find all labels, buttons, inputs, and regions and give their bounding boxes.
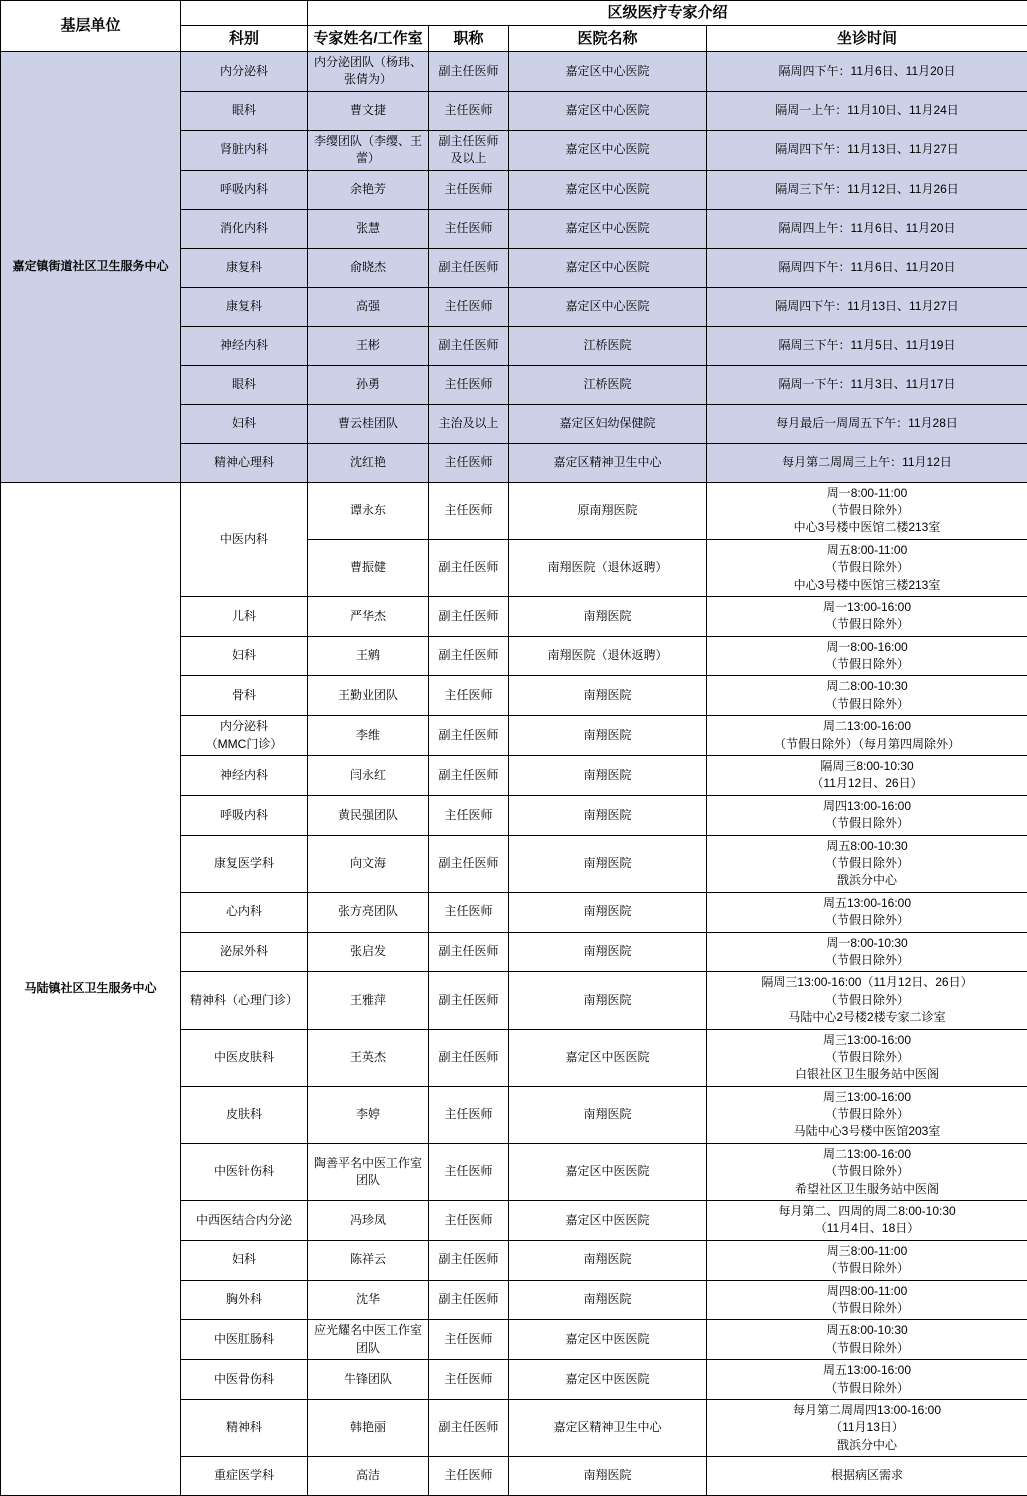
cell-expert-name: 向文海 [308, 835, 429, 892]
cell-expert-name: 张慧 [308, 209, 429, 248]
col-header-base-unit: 基层单位 [1, 1, 181, 52]
cell-hospital-name: 江桥医院 [509, 365, 707, 404]
cell-expert-name: 余艳芳 [308, 170, 429, 209]
cell-job-title: 副主任医师 [429, 716, 509, 756]
cell-job-title: 主任医师 [429, 209, 509, 248]
cell-dept: 精神心理科 [181, 443, 308, 482]
cell-expert-name: 高强 [308, 287, 429, 326]
table-row: 嘉定镇街道社区卫生服务中心内分泌科内分泌团队（杨玮、张倩为）副主任医师嘉定区中心… [1, 52, 1027, 92]
cell-dept: 胸外科 [181, 1280, 308, 1320]
cell-hospital-name: 嘉定区中医医院 [509, 1029, 707, 1086]
cell-job-title: 副主任医师 及以上 [429, 130, 509, 170]
expert-schedule-table: 基层单位 区级医疗专家介绍 科别 专家姓名/工作室 职称 医院名称 坐诊时间 嘉… [0, 0, 1027, 1496]
cell-expert-name: 陶善平名中医工作室团队 [308, 1143, 429, 1200]
cell-hospital-name: 嘉定区中医医院 [509, 1201, 707, 1241]
cell-dept: 康复医学科 [181, 835, 308, 892]
cell-job-title: 副主任医师 [429, 248, 509, 287]
cell-expert-name: 韩艳丽 [308, 1399, 429, 1456]
cell-hospital-name: 嘉定区精神卫生中心 [509, 1399, 707, 1456]
cell-visit-time: 每月第二周周三上午：11月12日 [707, 443, 1027, 482]
cell-dept: 心内科 [181, 892, 308, 932]
cell-expert-name: 严华杰 [308, 596, 429, 636]
cell-hospital-name: 南翔医院 [509, 1086, 707, 1143]
cell-hospital-name: 南翔医院（退休返聘） [509, 636, 707, 676]
cell-expert-name: 闫永红 [308, 756, 429, 796]
cell-hospital-name: 南翔医院 [509, 716, 707, 756]
cell-expert-name: 王英杰 [308, 1029, 429, 1086]
cell-dept: 骨科 [181, 676, 308, 716]
cell-hospital-name: 嘉定区中心医院 [509, 52, 707, 92]
col-header-expert-name: 专家姓名/工作室 [308, 26, 429, 52]
table-row: 马陆镇社区卫生服务中心中医内科谭永东主任医师原南翔医院周一8:00-11:00 … [1, 482, 1027, 539]
cell-job-title: 主治及以上 [429, 404, 509, 443]
cell-job-title: 副主任医师 [429, 52, 509, 92]
cell-job-title: 主任医师 [429, 1086, 509, 1143]
cell-dept: 中西医结合内分泌 [181, 1201, 308, 1241]
cell-visit-time: 周五8:00-10:30 （节假日除外） 戬浜分中心 [707, 835, 1027, 892]
cell-visit-time: 周三13:00-16:00 （节假日除外） 马陆中心3号楼中医馆203室 [707, 1086, 1027, 1143]
cell-hospital-name: 嘉定区中心医院 [509, 91, 707, 130]
cell-hospital-name: 南翔医院 [509, 835, 707, 892]
cell-hospital-name: 嘉定区中心医院 [509, 170, 707, 209]
cell-expert-name: 高洁 [308, 1457, 429, 1496]
cell-job-title: 副主任医师 [429, 835, 509, 892]
cell-expert-name: 张启发 [308, 932, 429, 972]
cell-job-title: 主任医师 [429, 892, 509, 932]
cell-dept: 儿科 [181, 596, 308, 636]
cell-visit-time: 周一8:00-10:30 （节假日除外） [707, 932, 1027, 972]
cell-visit-time: 隔周三下午：11月5日、11月19日 [707, 326, 1027, 365]
base-unit-cell: 嘉定镇街道社区卫生服务中心 [1, 52, 181, 483]
cell-visit-time: 每月最后一周周五下午：11月28日 [707, 404, 1027, 443]
cell-hospital-name: 嘉定区妇幼保健院 [509, 404, 707, 443]
cell-dept: 眼科 [181, 365, 308, 404]
cell-job-title: 主任医师 [429, 365, 509, 404]
cell-expert-name: 李维 [308, 716, 429, 756]
cell-job-title: 主任医师 [429, 1360, 509, 1400]
cell-dept: 中医针伤科 [181, 1143, 308, 1200]
cell-hospital-name: 南翔医院 [509, 892, 707, 932]
cell-hospital-name: 南翔医院 [509, 676, 707, 716]
cell-visit-time: 隔周四下午：11月6日、11月20日 [707, 248, 1027, 287]
cell-dept: 中医皮肤科 [181, 1029, 308, 1086]
cell-job-title: 主任医师 [429, 795, 509, 835]
cell-hospital-name: 南翔医院 [509, 756, 707, 796]
cell-job-title: 副主任医师 [429, 539, 509, 596]
cell-dept: 神经内科 [181, 326, 308, 365]
cell-hospital-name: 南翔医院 [509, 1240, 707, 1280]
cell-job-title: 主任医师 [429, 91, 509, 130]
cell-job-title: 主任医师 [429, 1320, 509, 1360]
cell-visit-time: 周二8:00-10:30 （节假日除外） [707, 676, 1027, 716]
cell-expert-name: 曹文捷 [308, 91, 429, 130]
col-header-dept: 科别 [181, 26, 308, 52]
cell-dept: 消化内科 [181, 209, 308, 248]
cell-dept: 中医骨伤科 [181, 1360, 308, 1400]
cell-job-title: 主任医师 [429, 287, 509, 326]
cell-visit-time: 周三13:00-16:00 （节假日除外） 白银社区卫生服务站中医阁 [707, 1029, 1027, 1086]
cell-job-title: 副主任医师 [429, 636, 509, 676]
cell-visit-time: 隔周三13:00-16:00（11月12日、26日） （节假日除外） 马陆中心2… [707, 972, 1027, 1029]
cell-hospital-name: 南翔医院 [509, 596, 707, 636]
cell-expert-name: 曹云桂团队 [308, 404, 429, 443]
cell-dept: 神经内科 [181, 756, 308, 796]
cell-visit-time: 周一8:00-16:00 （节假日除外） [707, 636, 1027, 676]
cell-visit-time: 周三8:00-11:00 （节假日除外） [707, 1240, 1027, 1280]
cell-visit-time: 隔周一上午：11月10日、11月24日 [707, 91, 1027, 130]
cell-job-title: 副主任医师 [429, 326, 509, 365]
cell-hospital-name: 嘉定区中医医院 [509, 1320, 707, 1360]
cell-expert-name: 张方亮团队 [308, 892, 429, 932]
cell-visit-time: 周四13:00-16:00 （节假日除外） [707, 795, 1027, 835]
cell-hospital-name: 嘉定区中医医院 [509, 1360, 707, 1400]
cell-visit-time: 周一13:00-16:00 （节假日除外） [707, 596, 1027, 636]
col-header-time: 坐诊时间 [707, 26, 1027, 52]
cell-expert-name: 王雅萍 [308, 972, 429, 1029]
cell-visit-time: 隔周三8:00-10:30 （11月12日、26日） [707, 756, 1027, 796]
cell-hospital-name: 原南翔医院 [509, 482, 707, 539]
cell-job-title: 副主任医师 [429, 932, 509, 972]
cell-visit-time: 隔周四下午：11月13日、11月27日 [707, 287, 1027, 326]
cell-expert-name: 王鹓 [308, 636, 429, 676]
header-spacer-cell [181, 1, 308, 26]
cell-job-title: 主任医师 [429, 676, 509, 716]
cell-job-title: 副主任医师 [429, 1240, 509, 1280]
cell-hospital-name: 南翔医院 [509, 1280, 707, 1320]
cell-expert-name: 沈红艳 [308, 443, 429, 482]
cell-dept: 内分泌科 （MMC门诊） [181, 716, 308, 756]
cell-dept: 眼科 [181, 91, 308, 130]
cell-job-title: 主任医师 [429, 1143, 509, 1200]
cell-visit-time: 每月第二周周四13:00-16:00 （11月13日） 戬浜分中心 [707, 1399, 1027, 1456]
cell-job-title: 主任医师 [429, 1457, 509, 1496]
cell-dept: 内分泌科 [181, 52, 308, 92]
cell-job-title: 副主任医师 [429, 1399, 509, 1456]
cell-expert-name: 黄民强团队 [308, 795, 429, 835]
table-header: 基层单位 区级医疗专家介绍 科别 专家姓名/工作室 职称 医院名称 坐诊时间 [1, 1, 1027, 52]
cell-dept: 精神科 [181, 1399, 308, 1456]
cell-expert-name: 牛锋团队 [308, 1360, 429, 1400]
cell-expert-name: 曹振健 [308, 539, 429, 596]
cell-dept: 中医肛肠科 [181, 1320, 308, 1360]
cell-job-title: 主任医师 [429, 443, 509, 482]
cell-job-title: 主任医师 [429, 170, 509, 209]
cell-dept: 康复科 [181, 287, 308, 326]
cell-expert-name: 俞晓杰 [308, 248, 429, 287]
cell-visit-time: 每月第二、四周的周二8:00-10:30 （11月4日、18日） [707, 1201, 1027, 1241]
cell-expert-name: 陈祥云 [308, 1240, 429, 1280]
cell-job-title: 副主任医师 [429, 1029, 509, 1086]
cell-expert-name: 内分泌团队（杨玮、张倩为） [308, 52, 429, 92]
cell-dept: 精神科（心理门诊） [181, 972, 308, 1029]
cell-visit-time: 周四8:00-11:00 （节假日除外） [707, 1280, 1027, 1320]
header-row-top: 基层单位 区级医疗专家介绍 [1, 1, 1027, 26]
cell-dept: 呼吸内科 [181, 170, 308, 209]
cell-expert-name: 谭永东 [308, 482, 429, 539]
cell-expert-name: 李婷 [308, 1086, 429, 1143]
cell-hospital-name: 嘉定区中心医院 [509, 130, 707, 170]
cell-hospital-name: 南翔医院 [509, 932, 707, 972]
cell-hospital-name: 南翔医院 [509, 972, 707, 1029]
cell-expert-name: 王彬 [308, 326, 429, 365]
cell-dept: 肾脏内科 [181, 130, 308, 170]
cell-dept: 妇科 [181, 636, 308, 676]
cell-dept: 康复科 [181, 248, 308, 287]
cell-hospital-name: 南翔医院 [509, 795, 707, 835]
cell-visit-time: 周五8:00-11:00 （节假日除外） 中心3号楼中医馆三楼213室 [707, 539, 1027, 596]
cell-visit-time: 隔周一下午：11月3日、11月17日 [707, 365, 1027, 404]
cell-hospital-name: 嘉定区精神卫生中心 [509, 443, 707, 482]
col-header-hospital: 医院名称 [509, 26, 707, 52]
table-group-title: 区级医疗专家介绍 [308, 1, 1027, 26]
cell-dept: 皮肤科 [181, 1086, 308, 1143]
cell-visit-time: 隔周四下午：11月6日、11月20日 [707, 52, 1027, 92]
cell-job-title: 主任医师 [429, 1201, 509, 1241]
cell-visit-time: 周五13:00-16:00 （节假日除外） [707, 892, 1027, 932]
cell-expert-name: 沈华 [308, 1280, 429, 1320]
cell-hospital-name: 嘉定区中心医院 [509, 248, 707, 287]
cell-dept: 重症医学科 [181, 1457, 308, 1496]
cell-expert-name: 李缨团队（李缨、王蕾） [308, 130, 429, 170]
cell-hospital-name: 嘉定区中心医院 [509, 287, 707, 326]
base-unit-cell: 马陆镇社区卫生服务中心 [1, 482, 181, 1496]
col-header-title: 职称 [429, 26, 509, 52]
cell-expert-name: 孙勇 [308, 365, 429, 404]
cell-hospital-name: 嘉定区中医医院 [509, 1143, 707, 1200]
cell-hospital-name: 南翔医院 [509, 1457, 707, 1496]
cell-expert-name: 王勤业团队 [308, 676, 429, 716]
cell-job-title: 副主任医师 [429, 756, 509, 796]
cell-expert-name: 应光耀名中医工作室团队 [308, 1320, 429, 1360]
cell-visit-time: 周一8:00-11:00 （节假日除外） 中心3号楼中医馆二楼213室 [707, 482, 1027, 539]
cell-dept: 呼吸内科 [181, 795, 308, 835]
cell-job-title: 主任医师 [429, 482, 509, 539]
cell-visit-time: 周二13:00-16:00 （节假日除外） 希望社区卫生服务站中医阁 [707, 1143, 1027, 1200]
cell-visit-time: 隔周四下午：11月13日、11月27日 [707, 130, 1027, 170]
cell-job-title: 副主任医师 [429, 1280, 509, 1320]
cell-hospital-name: 南翔医院（退休返聘） [509, 539, 707, 596]
cell-dept: 泌尿外科 [181, 932, 308, 972]
cell-visit-time: 隔周四上午：11月6日、11月20日 [707, 209, 1027, 248]
cell-job-title: 副主任医师 [429, 972, 509, 1029]
cell-visit-time: 隔周三下午：11月12日、11月26日 [707, 170, 1027, 209]
cell-hospital-name: 江桥医院 [509, 326, 707, 365]
cell-visit-time: 周五8:00-10:30 （节假日除外） [707, 1320, 1027, 1360]
cell-visit-time: 周二13:00-16:00 （节假日除外）（每月第四周除外） [707, 716, 1027, 756]
cell-visit-time: 周五13:00-16:00 （节假日除外） [707, 1360, 1027, 1400]
cell-job-title: 副主任医师 [429, 596, 509, 636]
cell-expert-name: 冯珍凤 [308, 1201, 429, 1241]
cell-dept: 妇科 [181, 1240, 308, 1280]
cell-dept: 中医内科 [181, 482, 308, 596]
table-body: 嘉定镇街道社区卫生服务中心内分泌科内分泌团队（杨玮、张倩为）副主任医师嘉定区中心… [1, 52, 1027, 1496]
cell-visit-time: 根据病区需求 [707, 1457, 1027, 1496]
cell-dept: 妇科 [181, 404, 308, 443]
cell-hospital-name: 嘉定区中心医院 [509, 209, 707, 248]
